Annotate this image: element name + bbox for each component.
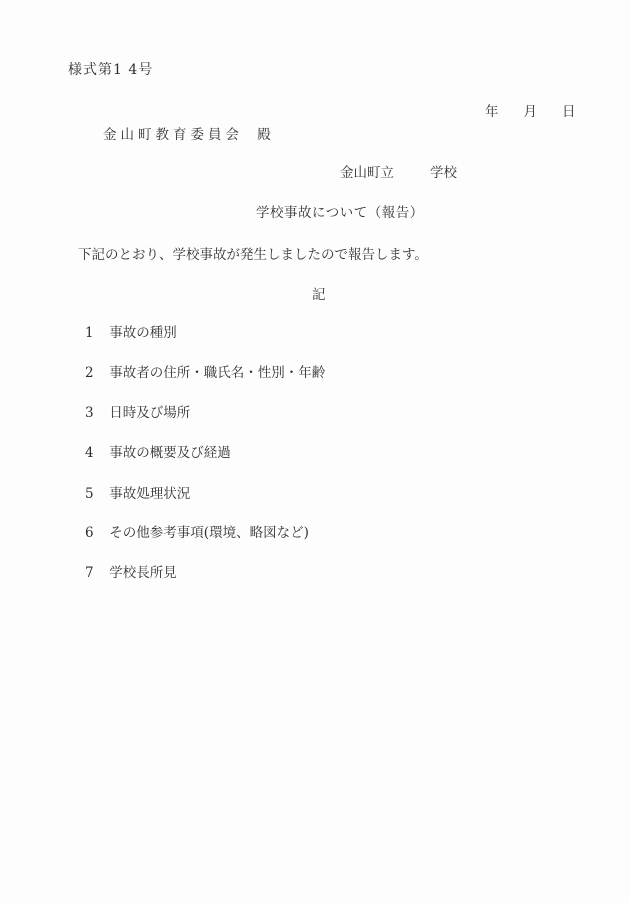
item-label: 日時及び場所 <box>109 405 190 421</box>
sender-prefix: 金山町立 <box>340 165 394 181</box>
report-item: 2 事故者の住所・職氏名・性別・年齢 <box>85 365 325 381</box>
sender-suffix: 学校 <box>430 165 457 181</box>
item-number: 2 <box>85 365 105 381</box>
addressee-name: 金山町教育委員会 <box>103 127 243 143</box>
date-line: 年 月 日 <box>485 104 576 120</box>
form-number: 様式第1 4号 <box>68 62 153 79</box>
report-item: 3 日時及び場所 <box>85 405 190 421</box>
report-item: 5 事故処理状況 <box>85 486 190 502</box>
year-label: 年 <box>485 104 499 120</box>
item-label: その他参考事項(環境、略図など) <box>109 525 309 541</box>
body-paragraph: 下記のとおり、学校事故が発生しましたので報告します。 <box>78 247 428 263</box>
document-title: 学校事故について（報告） <box>256 205 424 221</box>
record-marker: 記 <box>312 287 326 303</box>
addressee-line: 金山町教育委員会 殿 <box>103 127 271 143</box>
item-number: 7 <box>85 565 105 581</box>
item-number: 6 <box>85 525 105 541</box>
sender-line: 金山町立 学校 <box>340 165 457 181</box>
item-number: 3 <box>85 405 105 421</box>
item-label: 学校長所見 <box>109 565 177 581</box>
report-item: 1 事故の種別 <box>85 325 177 341</box>
report-item: 4 事故の概要及び経過 <box>85 445 231 461</box>
item-number: 4 <box>85 445 105 461</box>
report-item: 6 その他参考事項(環境、略図など) <box>85 525 309 541</box>
item-label: 事故処理状況 <box>109 486 190 502</box>
item-label: 事故の種別 <box>109 325 177 341</box>
item-label: 事故者の住所・職氏名・性別・年齢 <box>109 365 325 381</box>
addressee-honorific: 殿 <box>257 127 271 143</box>
item-number: 1 <box>85 325 105 341</box>
item-number: 5 <box>85 486 105 502</box>
month-label: 月 <box>524 104 538 120</box>
report-page: { "document": { "form_number": "様式第1 4号"… <box>0 0 630 903</box>
report-item: 7 学校長所見 <box>85 565 177 581</box>
day-label: 日 <box>562 104 576 120</box>
item-label: 事故の概要及び経過 <box>109 445 231 461</box>
